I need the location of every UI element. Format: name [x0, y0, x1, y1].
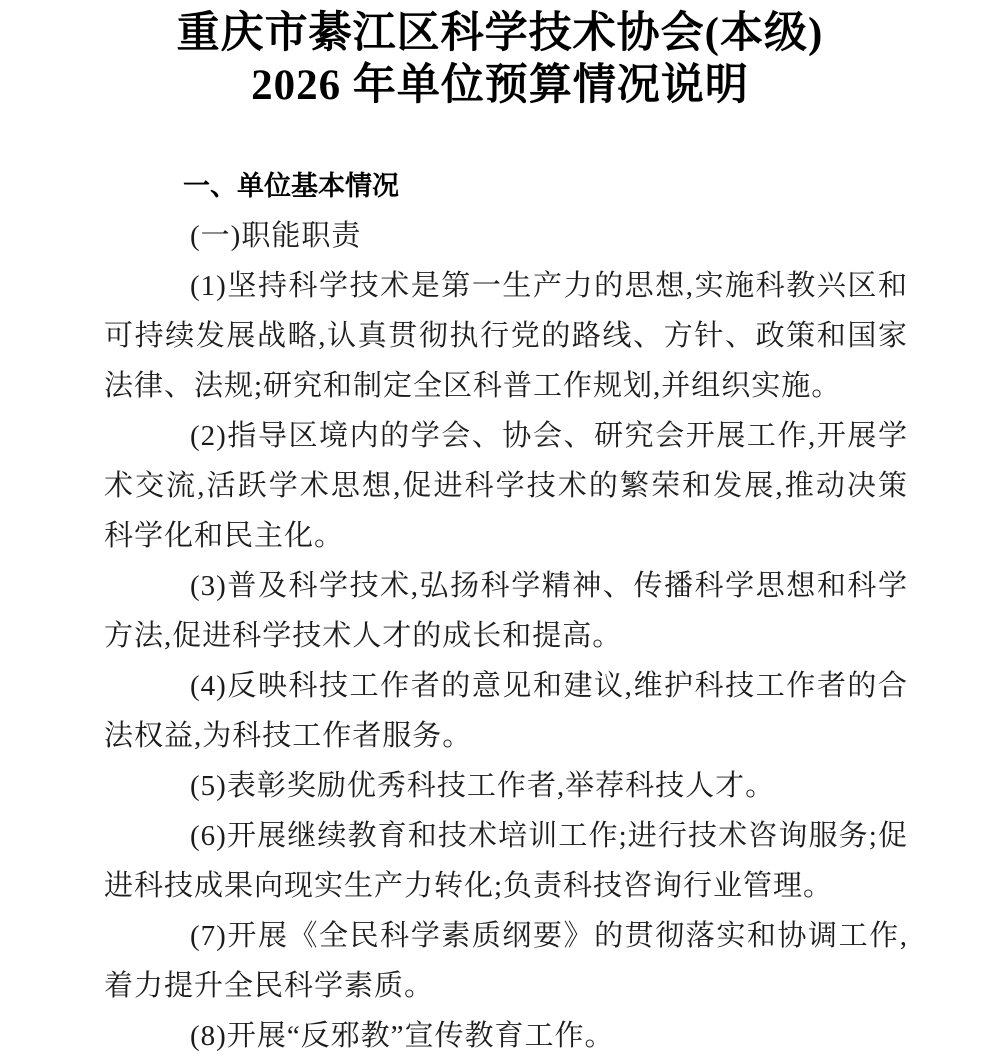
paragraph-item-1: (1)坚持科学技术是第一生产力的思想,实施科教兴区和可持续发展战略,认真贯彻执行…	[104, 261, 908, 411]
paragraph-item-3: (3)普及科学技术,弘扬科学精神、传播科学思想和科学方法,促进科学技术人才的成长…	[104, 561, 908, 661]
document-body: 一、单位基本情况 (一)职能职责 (1)坚持科学技术是第一生产力的思想,实施科教…	[0, 161, 1000, 1061]
paragraph-item-2: (2)指导区境内的学会、协会、研究会开展工作,开展学术交流,活跃学术思想,促进科…	[104, 411, 908, 561]
paragraph-item-5: (5)表彰奖励优秀科技工作者,举荐科技人才。	[104, 761, 908, 811]
document-title-line-1: 重庆市綦江区科学技术协会(本级)	[0, 8, 1000, 60]
document-title: 重庆市綦江区科学技术协会(本级) 2026 年单位预算情况说明	[0, 0, 1000, 112]
paragraph-item-7: (7)开展《全民科学素质纲要》的贯彻落实和协调工作,着力提升全民科学素质。	[104, 911, 908, 1011]
paragraph-item-4: (4)反映科技工作者的意见和建议,维护科技工作者的合法权益,为科技工作者服务。	[104, 661, 908, 761]
document-page: 重庆市綦江区科学技术协会(本级) 2026 年单位预算情况说明 一、单位基本情况…	[0, 0, 1000, 1063]
paragraph-item-6: (6)开展继续教育和技术培训工作;进行技术咨询服务;促进科技成果向现实生产力转化…	[104, 811, 908, 911]
document-title-line-2: 2026 年单位预算情况说明	[0, 60, 1000, 112]
subsection-heading-functions-duties: (一)职能职责	[104, 211, 908, 261]
section-heading-unit-basic-info: 一、单位基本情况	[104, 161, 908, 211]
paragraph-item-8: (8)开展“反邪教”宣传教育工作。	[104, 1011, 908, 1061]
